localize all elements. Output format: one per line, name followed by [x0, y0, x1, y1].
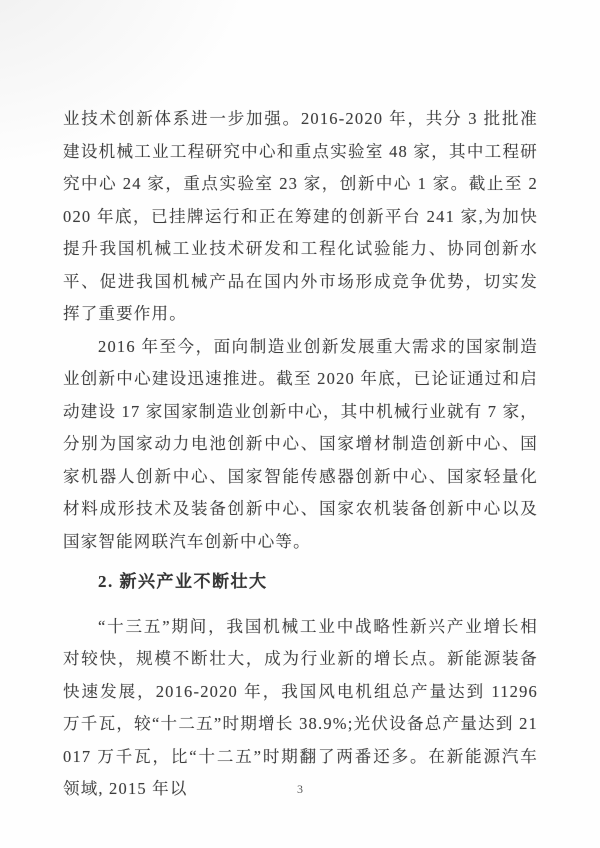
paragraph-innovation-platforms: 业技术创新体系进一步加强。2016-2020 年，共分 3 批批准建设机械工业工… — [63, 103, 538, 331]
paragraph-new-energy-equipment: “十三五”期间，我国机械工业中战略性新兴产业增长相对较快，规模不断壮大，成为行业… — [63, 611, 538, 806]
page-number: 3 — [0, 782, 600, 797]
document-page: 业技术创新体系进一步加强。2016-2020 年，共分 3 批批准建设机械工业工… — [0, 0, 600, 848]
paragraph-national-innovation-centers: 2016 年至今，面向制造业创新发展重大需求的国家制造业创新中心建设迅速推进。截… — [63, 331, 538, 559]
section-heading-emerging-industries: 2. 新兴产业不断壮大 — [63, 566, 538, 599]
text-content: 业技术创新体系进一步加强。2016-2020 年，共分 3 批批准建设机械工业工… — [63, 103, 538, 806]
